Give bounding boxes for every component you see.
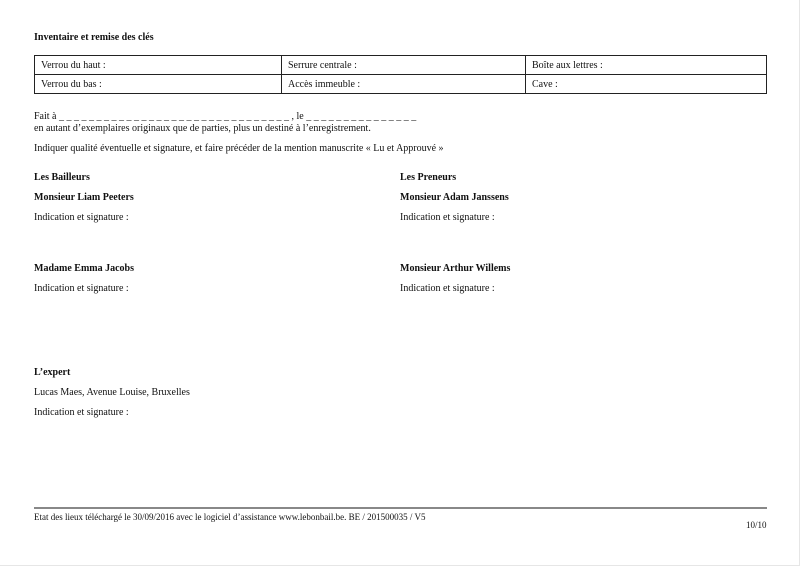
table-cell: Boîte aux lettres : bbox=[526, 56, 767, 75]
table-cell: Verrou du bas : bbox=[35, 75, 282, 94]
page-number: 10/10 bbox=[746, 520, 767, 530]
footer-divider bbox=[34, 507, 767, 509]
signature-label: Indication et signature : bbox=[34, 283, 129, 294]
bailleur-name: Madame Emma Jacobs bbox=[34, 263, 134, 274]
table-cell: Verrou du haut : bbox=[35, 56, 282, 75]
expert-details: Lucas Maes, Avenue Louise, Bruxelles bbox=[34, 387, 190, 398]
preneur-name: Monsieur Arthur Willems bbox=[400, 263, 510, 274]
preneurs-heading: Les Preneurs bbox=[400, 172, 456, 183]
signature-label: Indication et signature : bbox=[400, 283, 495, 294]
table-row: Verrou du bas : Accès immeuble : Cave : bbox=[35, 75, 767, 94]
footer-text: Etat des lieux téléchargé le 30/09/2016 … bbox=[34, 512, 425, 522]
bailleur-name: Monsieur Liam Peeters bbox=[34, 192, 134, 203]
signature-label: Indication et signature : bbox=[400, 212, 495, 223]
preneur-name: Monsieur Adam Janssens bbox=[400, 192, 509, 203]
table-cell: Serrure centrale : bbox=[282, 56, 526, 75]
table-cell: Accès immeuble : bbox=[282, 75, 526, 94]
bailleurs-heading: Les Bailleurs bbox=[34, 172, 90, 183]
signature-label: Indication et signature : bbox=[34, 407, 129, 418]
exemplaires-line: en autant d’exemplaires originaux que de… bbox=[34, 123, 371, 134]
fait-line: Fait à _ _ _ _ _ _ _ _ _ _ _ _ _ _ _ _ _… bbox=[34, 111, 416, 122]
keys-table: Verrou du haut : Serrure centrale : Boît… bbox=[34, 55, 767, 94]
table-row: Verrou du haut : Serrure centrale : Boît… bbox=[35, 56, 767, 75]
table-cell: Cave : bbox=[526, 75, 767, 94]
signature-label: Indication et signature : bbox=[34, 212, 129, 223]
instruction-line: Indiquer qualité éventuelle et signature… bbox=[34, 143, 444, 154]
section-title: Inventaire et remise des clés bbox=[34, 32, 154, 43]
expert-heading: L’expert bbox=[34, 367, 70, 378]
